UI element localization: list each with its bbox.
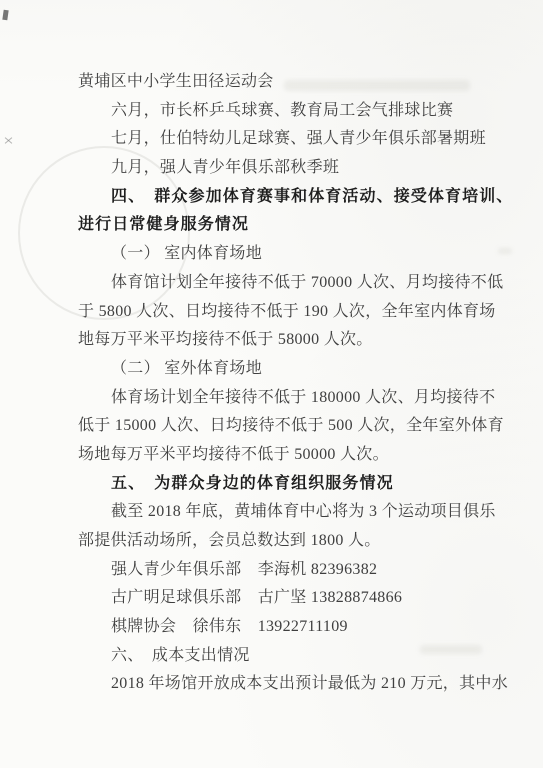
line-june-events: 六月，市长杯乒乓球赛、教育局工会气排球比赛 (0, 97, 543, 126)
line-club-contact-football: 古广明足球俱乐部 古广坚 13828874866 (0, 584, 543, 613)
line-indoor-stats-3: 地每万平米平均接待不低于 58000 人次。 (0, 326, 543, 355)
section-heading-five: 五、 为群众身边的体育组织服务情况 (0, 470, 543, 499)
line-outdoor-stats-3: 场地每万平米平均接待不低于 50000 人次。 (0, 441, 543, 470)
line-cost-summary: 2018 年场馆开放成本支出预计最低为 210 万元，其中水 (0, 670, 543, 699)
line-indoor-stats-2: 于 5800 人次、日均接待不低于 190 人次，全年室内体育场 (0, 298, 543, 327)
line-outdoor-stats-2: 低于 15000 人次、日均接待不低于 500 人次，全年室外体育 (0, 412, 543, 441)
scan-corner-mark (2, 10, 8, 21)
line-indoor-stats-1: 体育馆计划全年接待不低于 70000 人次、月均接待不低 (0, 269, 543, 298)
scanned-document-page: 黄埔区中小学生田径运动会 六月，市长杯乒乓球赛、教育局工会气排球比赛 七月，仕伯… (0, 0, 543, 768)
line-clubs-summary-1: 截至 2018 年底，黄埔体育中心将为 3 个运动项目俱乐 (0, 498, 543, 527)
subheading-outdoor-venues: （二） 室外体育场地 (0, 355, 543, 384)
line-club-contact-chess: 棋牌协会 徐伟东 13922711109 (0, 613, 543, 642)
line-club-contact-qiangren: 强人青少年俱乐部 李海机 82396382 (0, 556, 543, 585)
line-july-events: 七月，仕伯特幼儿足球赛、强人青少年俱乐部暑期班 (0, 125, 543, 154)
line-athletics-meet: 黄埔区中小学生田径运动会 (0, 68, 543, 97)
document-body: 黄埔区中小学生田径运动会 六月，市长杯乒乓球赛、教育局工会气排球比赛 七月，仕伯… (0, 68, 543, 699)
section-heading-four: 四、 群众参加体育赛事和体育活动、接受体育培训、 (0, 183, 543, 212)
section-heading-six: 六、 成本支出情况 (0, 642, 543, 671)
line-september-events: 九月，强人青少年俱乐部秋季班 (0, 154, 543, 183)
section-heading-four-cont: 进行日常健身服务情况 (0, 211, 543, 240)
line-clubs-summary-2: 部提供活动场所，会员总数达到 1800 人。 (0, 527, 543, 556)
line-outdoor-stats-1: 体育场计划全年接待不低于 180000 人次、月均接待不 (0, 384, 543, 413)
subheading-indoor-venues: （一） 室内体育场地 (0, 240, 543, 269)
